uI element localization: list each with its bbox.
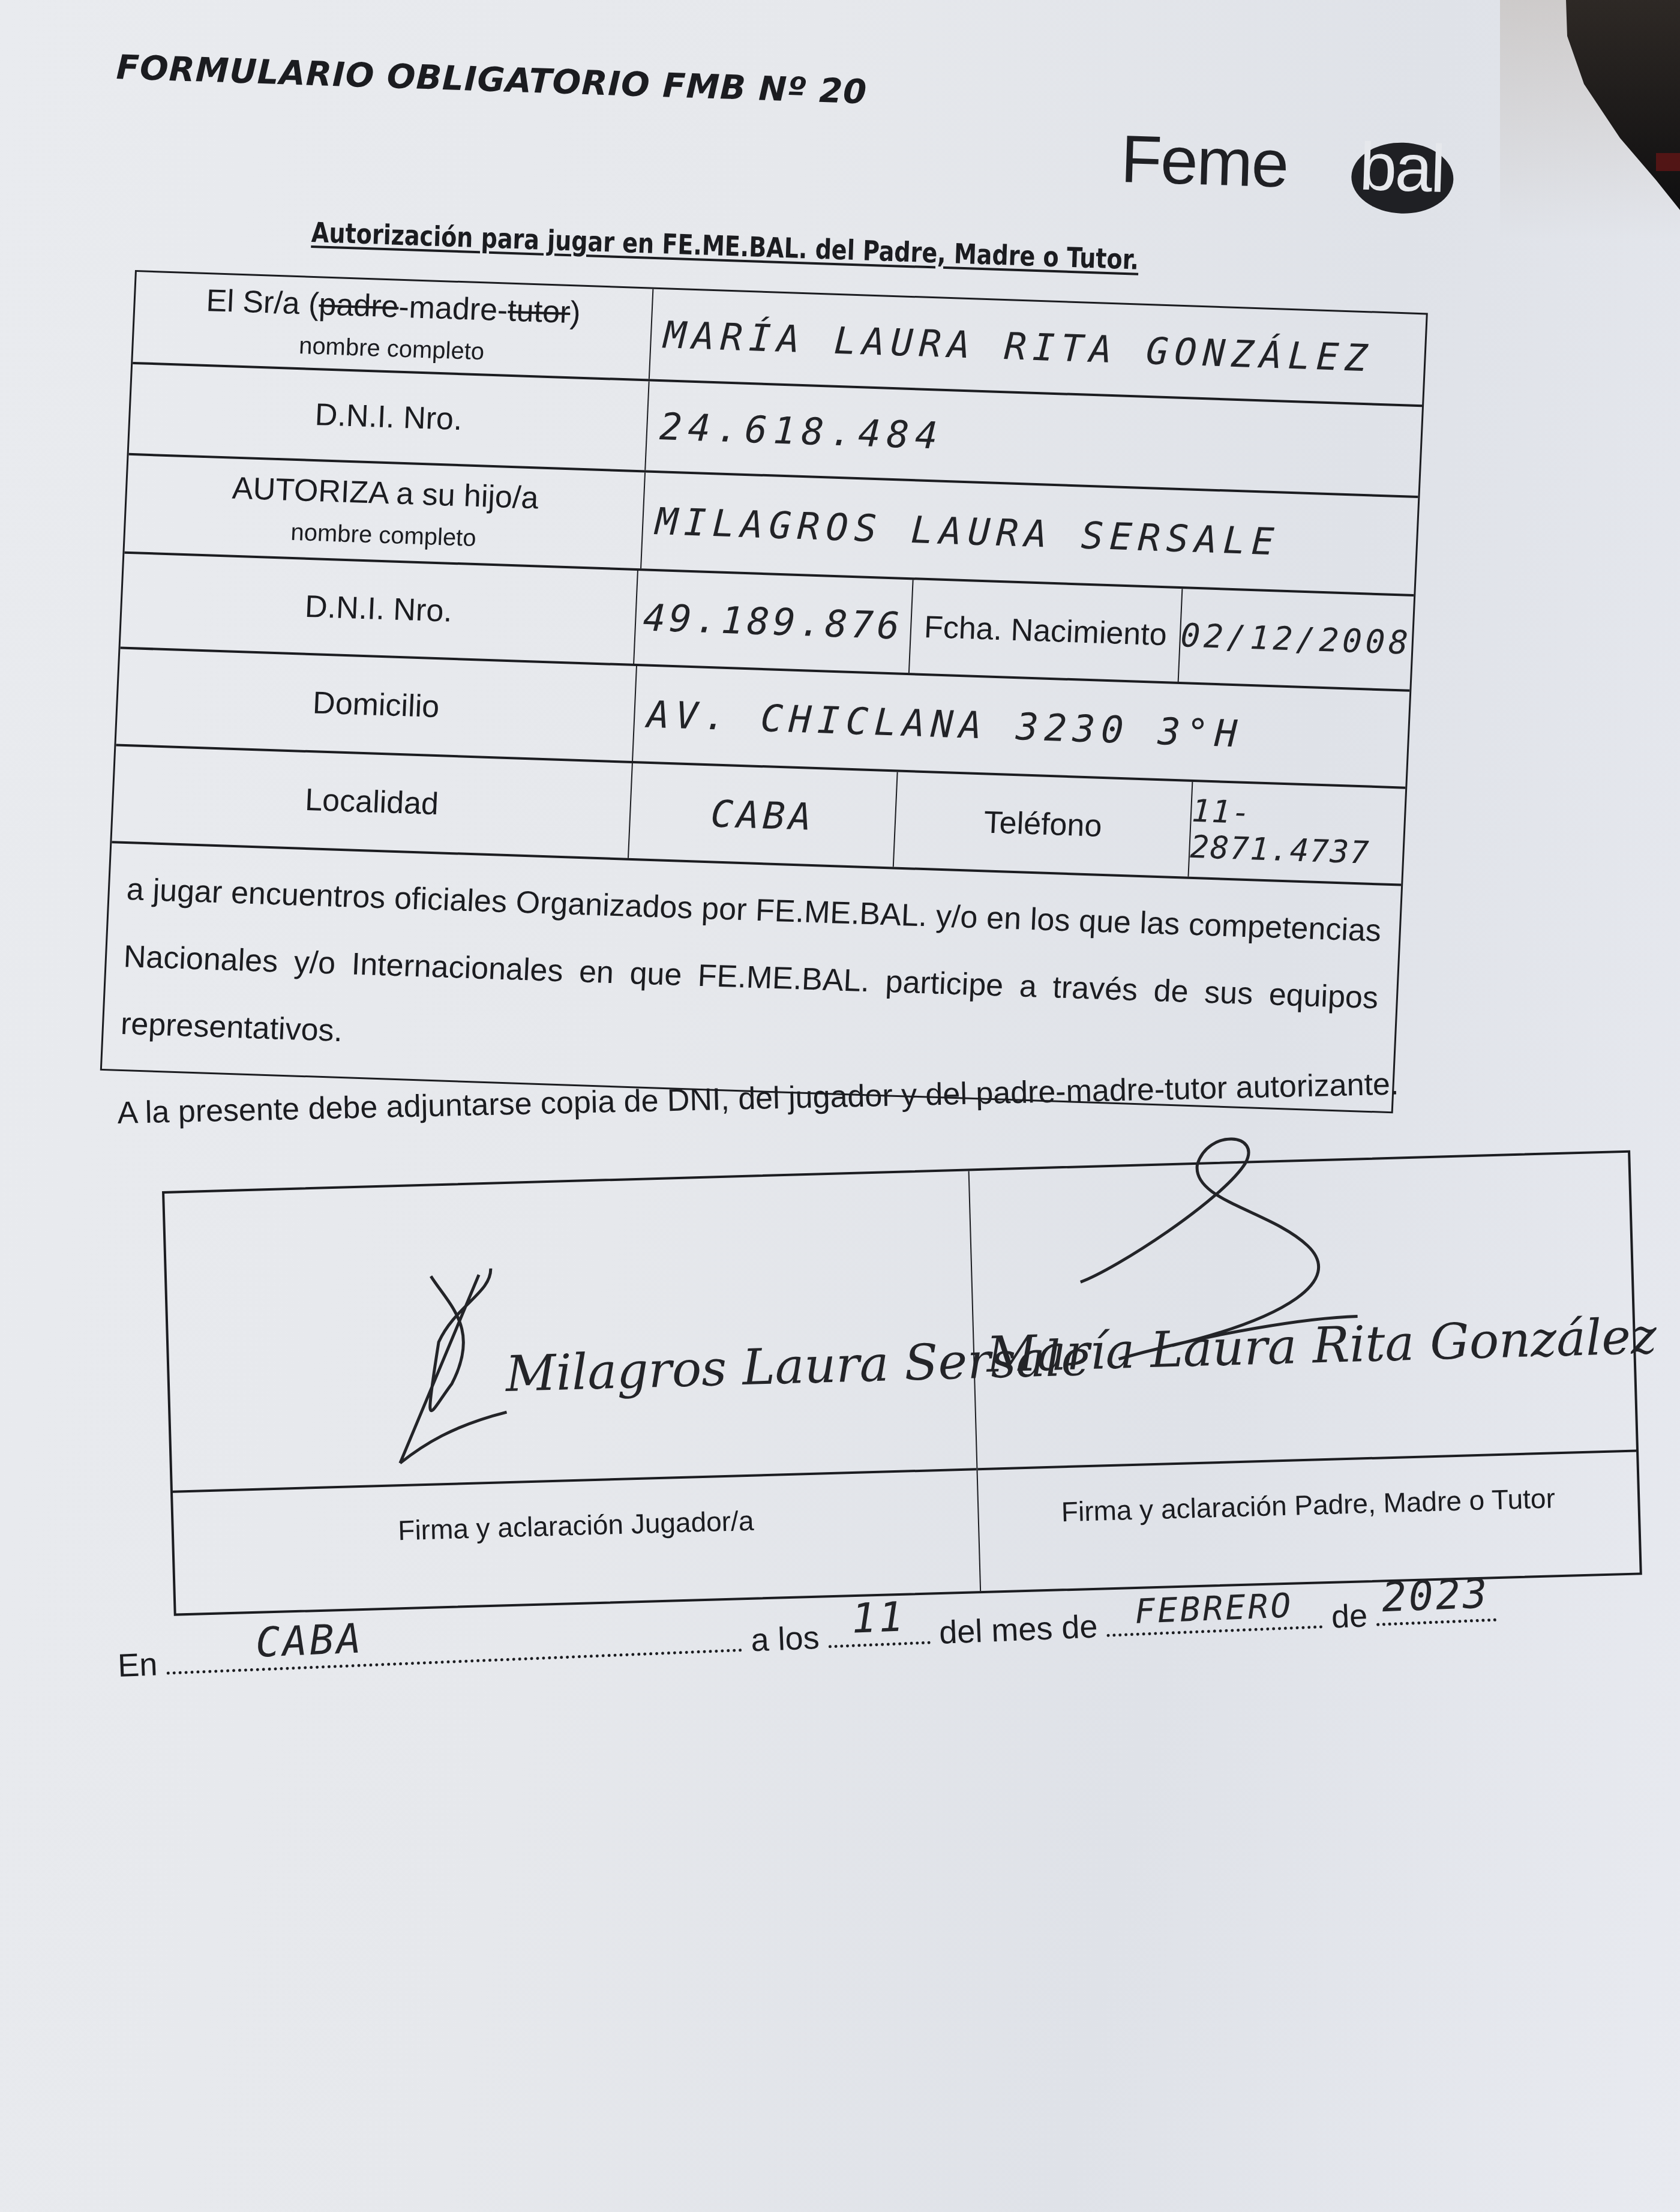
birth-date-label: Fcha. Nacimiento (910, 580, 1183, 682)
child-dni-field[interactable]: 49.189.876 (634, 571, 914, 673)
city-label: Localidad (112, 746, 632, 858)
child-label: AUTORIZA a su hijo/a nombre completo (125, 455, 646, 568)
player-signature-flourish-icon (164, 1171, 976, 1490)
day-field[interactable]: 11 (827, 1617, 931, 1648)
a-los-label: a los (750, 1620, 820, 1659)
guardian-label: El Sr/a (padre-madre-tutor) nombre compl… (133, 272, 653, 379)
player-signature-box[interactable]: Milagros Laura Sersale (164, 1171, 976, 1492)
guardian-signature-column: María Laura Rita González Firma y aclara… (970, 1153, 1640, 1591)
logo-text: Feme (1120, 123, 1289, 200)
player-signature-label: Firma y aclaración Jugador/a (173, 1498, 978, 1552)
guardian-sublabel: nombre completo (298, 332, 485, 365)
signature-table: Milagros Laura Sersale Firma y aclaració… (162, 1150, 1642, 1616)
form-document: FORMULARIO OBLIGATORIO FMB Nº 20 Feme ba… (0, 0, 1680, 2212)
guardian-signature-flourish-icon (968, 1117, 1630, 1432)
guardian-dni-label: D.N.I. Nro. (129, 364, 650, 470)
guardian-signature-box[interactable]: María Laura Rita González (970, 1153, 1637, 1470)
child-sublabel: nombre completo (290, 518, 477, 551)
phone-label: Teléfono (894, 772, 1193, 877)
struck-option: tutor (507, 293, 571, 329)
struck-option: padre (318, 287, 399, 324)
place-field[interactable]: CABA (166, 1624, 742, 1674)
year-label: de (1331, 1597, 1368, 1635)
form-subtitle: Autorización para jugar en FE.ME.BAL. de… (311, 216, 1139, 276)
month-label: del mes de (938, 1608, 1098, 1651)
logo-ball-text: bal (1358, 131, 1445, 205)
femebal-logo: Feme bal (1120, 123, 1457, 206)
month-field[interactable]: FEBRERO (1106, 1601, 1323, 1636)
phone-field[interactable]: 11-2871.4737 (1189, 782, 1405, 884)
en-label: En (117, 1646, 158, 1684)
birth-date-field[interactable]: 02/12/2008 (1179, 589, 1414, 690)
address-label: Domicilio (116, 649, 637, 761)
form-number-title: FORMULARIO OBLIGATORIO FMB Nº 20 (116, 48, 868, 112)
authorization-table: El Sr/a (padre-madre-tutor) nombre compl… (100, 270, 1428, 1113)
guardian-signature-label: Firma y aclaración Padre, Madre o Tutor (979, 1480, 1638, 1531)
year-field[interactable]: 2023 (1376, 1594, 1497, 1626)
child-dni-label: D.N.I. Nro. (121, 554, 638, 664)
city-field[interactable]: CABA (629, 763, 898, 867)
player-signature-column: Milagros Laura Sersale Firma y aclaració… (164, 1171, 981, 1613)
